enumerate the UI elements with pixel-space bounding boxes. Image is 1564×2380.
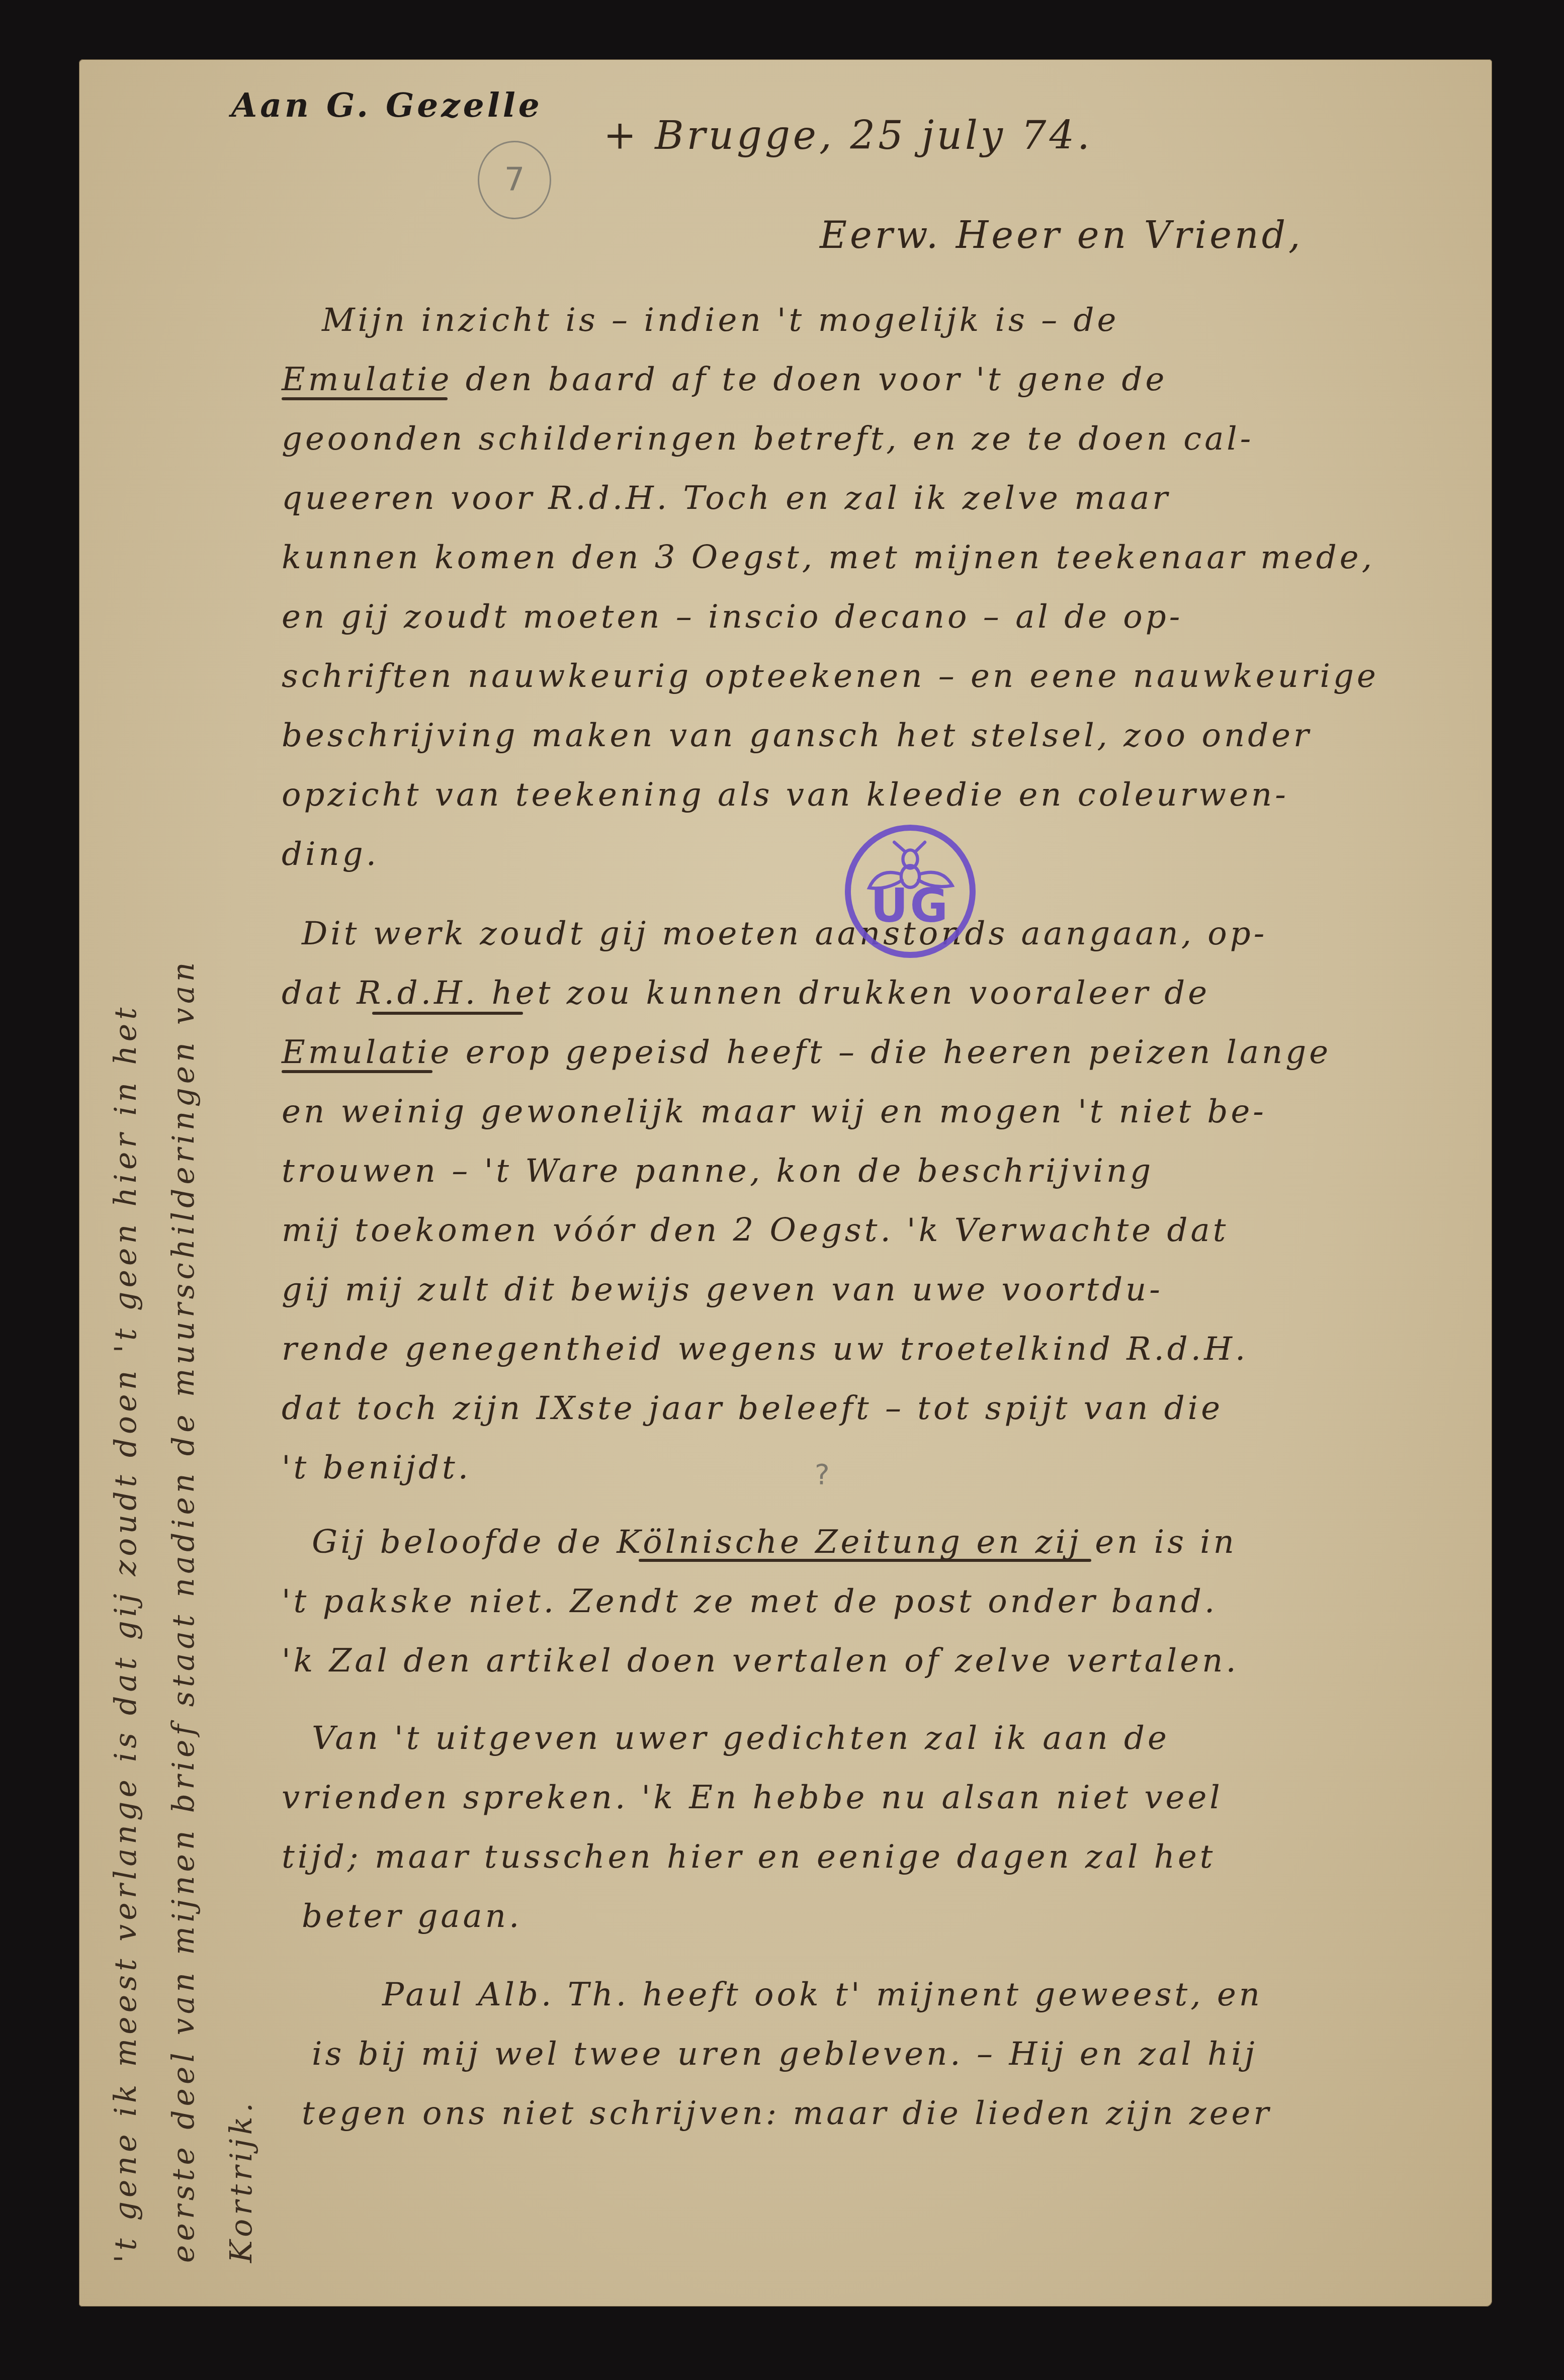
body-line: ding.	[282, 836, 379, 873]
body-line: Gij beloofde de Kölnische Zeitung en zij…	[312, 1524, 1237, 1561]
margin-note-line-1: 't gene ik meest verlange is dat gij zou…	[108, 1004, 143, 2263]
library-stamp: UG	[845, 825, 976, 958]
body-line: Dit werk zoudt gij moeten aanstonds aang…	[302, 915, 1267, 952]
body-line: rende genegentheid wegens uw troetelkind…	[282, 1331, 1248, 1368]
folio-number: 7	[478, 141, 551, 219]
body-line: vrienden spreken. 'k En hebbe nu alsan n…	[282, 1779, 1223, 1816]
place-date: + Brugge, 25 july 74.	[603, 113, 1093, 158]
body-line: geoonden schilderingen betreft, en ze te…	[282, 420, 1254, 458]
margin-note-line-3: Kortrijk.	[224, 2099, 259, 2263]
margin-note-line-2: eerste deel van mijnen brief staat nadie…	[166, 958, 201, 2263]
body-line: beter gaan.	[302, 1898, 522, 1935]
pencil-question-mark: ?	[815, 1458, 830, 1491]
body-line: Emulatie den baard af te doen voor 't ge…	[282, 361, 1167, 398]
body-line: en gij zoudt moeten – inscio decano – al…	[282, 598, 1183, 636]
underline-emulatie-2	[282, 1070, 432, 1073]
salutation: Eerw. Heer en Vriend,	[820, 214, 1304, 257]
body-line: Mijn inzicht is – indien 't mogelijk is …	[322, 302, 1119, 339]
underline-rdh	[372, 1012, 523, 1015]
addressee-note: Aan G. Gezelle	[231, 85, 543, 125]
body-line: schriften nauwkeurig opteekenen – en een…	[282, 658, 1379, 695]
body-line: mij toekomen vóór den 2 Oegst. 'k Verwac…	[282, 1212, 1229, 1249]
stamp-text: UG	[851, 879, 970, 933]
body-line: dat R.d.H. het zou kunnen drukken vooral…	[282, 975, 1210, 1012]
body-line: is bij mij wel twee uren gebleven. – Hij…	[312, 2036, 1258, 2073]
body-line: dat toch zijn IXste jaar beleeft – tot s…	[282, 1390, 1223, 1427]
body-line: tegen ons niet schrijven: maar die liede…	[302, 2095, 1272, 2132]
body-line: kunnen komen den 3 Oegst, met mijnen tee…	[282, 539, 1375, 576]
body-line: Paul Alb. Th. heeft ook t' mijnent gewee…	[382, 1976, 1263, 2013]
body-line: opzicht van teekening als van kleedie en…	[282, 776, 1289, 814]
body-line: 'k Zal den artikel doen vertalen of zelv…	[282, 1642, 1239, 1680]
body-line: gij mij zult dit bewijs geven van uwe vo…	[282, 1271, 1163, 1308]
body-line: trouwen – 't Ware panne, kon de beschrij…	[282, 1153, 1154, 1190]
body-line: en weinig gewonelijk maar wij en mogen '…	[282, 1093, 1267, 1130]
body-line: 't benijdt.	[282, 1449, 471, 1486]
folio-number-text: 7	[504, 161, 525, 199]
body-line: tijd; maar tusschen hier en eenige dagen…	[282, 1838, 1216, 1876]
body-line: beschrijving maken van gansch het stelse…	[282, 717, 1312, 754]
body-line: 't pakske niet. Zendt ze met de post ond…	[282, 1583, 1218, 1620]
body-line: Van 't uitgeven uwer gedichten zal ik aa…	[312, 1720, 1170, 1757]
underline-emulatie	[282, 397, 448, 400]
body-line: queeren voor R.d.H. Toch en zal ik zelve…	[282, 480, 1171, 517]
body-line: Emulatie erop gepeisd heeft – die heeren…	[282, 1034, 1331, 1071]
underline-kolnische-zeitung	[639, 1559, 1091, 1562]
